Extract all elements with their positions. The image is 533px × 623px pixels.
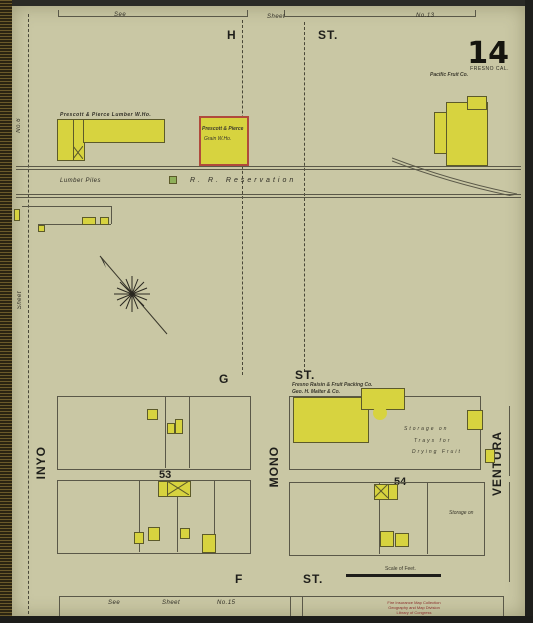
dwelling [380,531,394,547]
dwelling [180,528,190,539]
lumber-wh-shed [83,119,165,143]
bracket-tick [475,10,476,17]
shed [388,484,398,500]
dwelling [147,409,158,420]
scale-bar [346,574,441,577]
small-building [14,209,20,221]
library-credit: Fire Insurance Map Collection Geography … [374,600,454,615]
dwelling [167,423,175,434]
small-building [82,217,96,225]
rr-reservation-label: R. R. Reservation [190,177,296,184]
street-g-suffix: ST. [295,368,315,382]
binding-edge [525,0,533,623]
pacific-fruit-label: Pacific Fruit Co. [430,72,468,78]
packing-house [293,397,369,443]
street-mono-label: MONO [267,446,281,487]
ruler-edge [0,0,12,623]
pacific-fruit-building-main [446,102,488,166]
rail-line-bottom-2 [16,197,521,198]
open-shed-x-icon [73,146,83,159]
top-ref-sheet: Sheet [267,14,285,20]
dwelling [467,410,483,430]
ventura-line [509,482,510,582]
x-mark-icon [167,481,189,495]
block-53-south [57,480,251,554]
grain-wh-name: Prescott & Pierce [202,126,243,132]
dwelling [148,527,160,541]
inyo-street-line [28,14,29,614]
lot-line [427,482,428,554]
bottom-edge [0,616,533,623]
street-f-label: F [235,572,243,586]
shed [485,449,495,463]
storage-label-b54: Storage on [449,510,473,516]
grain-wh-type: Grain W.Ho. [204,136,231,142]
top-ref-bracket-left [58,16,248,17]
dwelling [175,419,183,434]
north-arrow-compass-icon [92,254,182,344]
dwelling [134,532,144,544]
storage-label-2: Trays for [414,438,451,444]
left-ref-sheet: Sheet [17,291,23,309]
scale-title: Scale of Feet. [385,566,416,572]
dry-kiln [373,406,387,420]
small-structure [169,176,177,184]
lumber-wh-label: Prescott & Pierce Lumber W.Ho. [60,112,151,118]
small-building [100,217,109,225]
bottom-ref-number: No.15 [217,600,236,606]
street-inyo-label: INYO [34,446,48,479]
top-ref-number: No.13 [416,13,435,19]
dwelling [395,533,409,547]
lot-line [111,206,112,224]
lot-line [165,396,166,468]
credit-line-3: Library of Congress [374,610,454,615]
bracket-tick [58,10,59,17]
lot-line [189,396,190,468]
street-h-suffix: ST. [318,28,338,42]
pacific-fruit-building-n [467,96,487,110]
street-h-label: H [227,28,237,42]
street-f-suffix: ST. [303,572,323,586]
fresno-raisin-owner: Geo. H. Malter & Co. [292,389,340,395]
small-building [38,225,45,232]
ventura-line [509,406,510,476]
map-sheet: See Sheet No.13 14 FRESNO CAL. H ST. No.… [12,6,525,616]
top-ref-bracket-right [284,16,476,17]
bottom-ref-sheet: Sheet [162,600,180,606]
x-mark-icon [374,484,388,498]
storage-label-3: Drying Fruit [412,449,462,455]
lot-line [22,206,112,207]
block-53-north [57,396,251,470]
dwelling [202,534,216,553]
street-g-label: G [219,372,229,386]
lumber-piles-label: Lumber Piles [60,178,101,184]
city-label: FRESNO CAL. [470,66,509,72]
bracket-tick [247,10,248,17]
street-ventura-label: VENTURA [490,431,504,496]
storage-label-1: Storage on [404,426,448,432]
bottom-ref-see: See [108,600,120,606]
left-ref-number: No.6 [16,118,22,133]
top-ref-see: See [114,12,126,18]
